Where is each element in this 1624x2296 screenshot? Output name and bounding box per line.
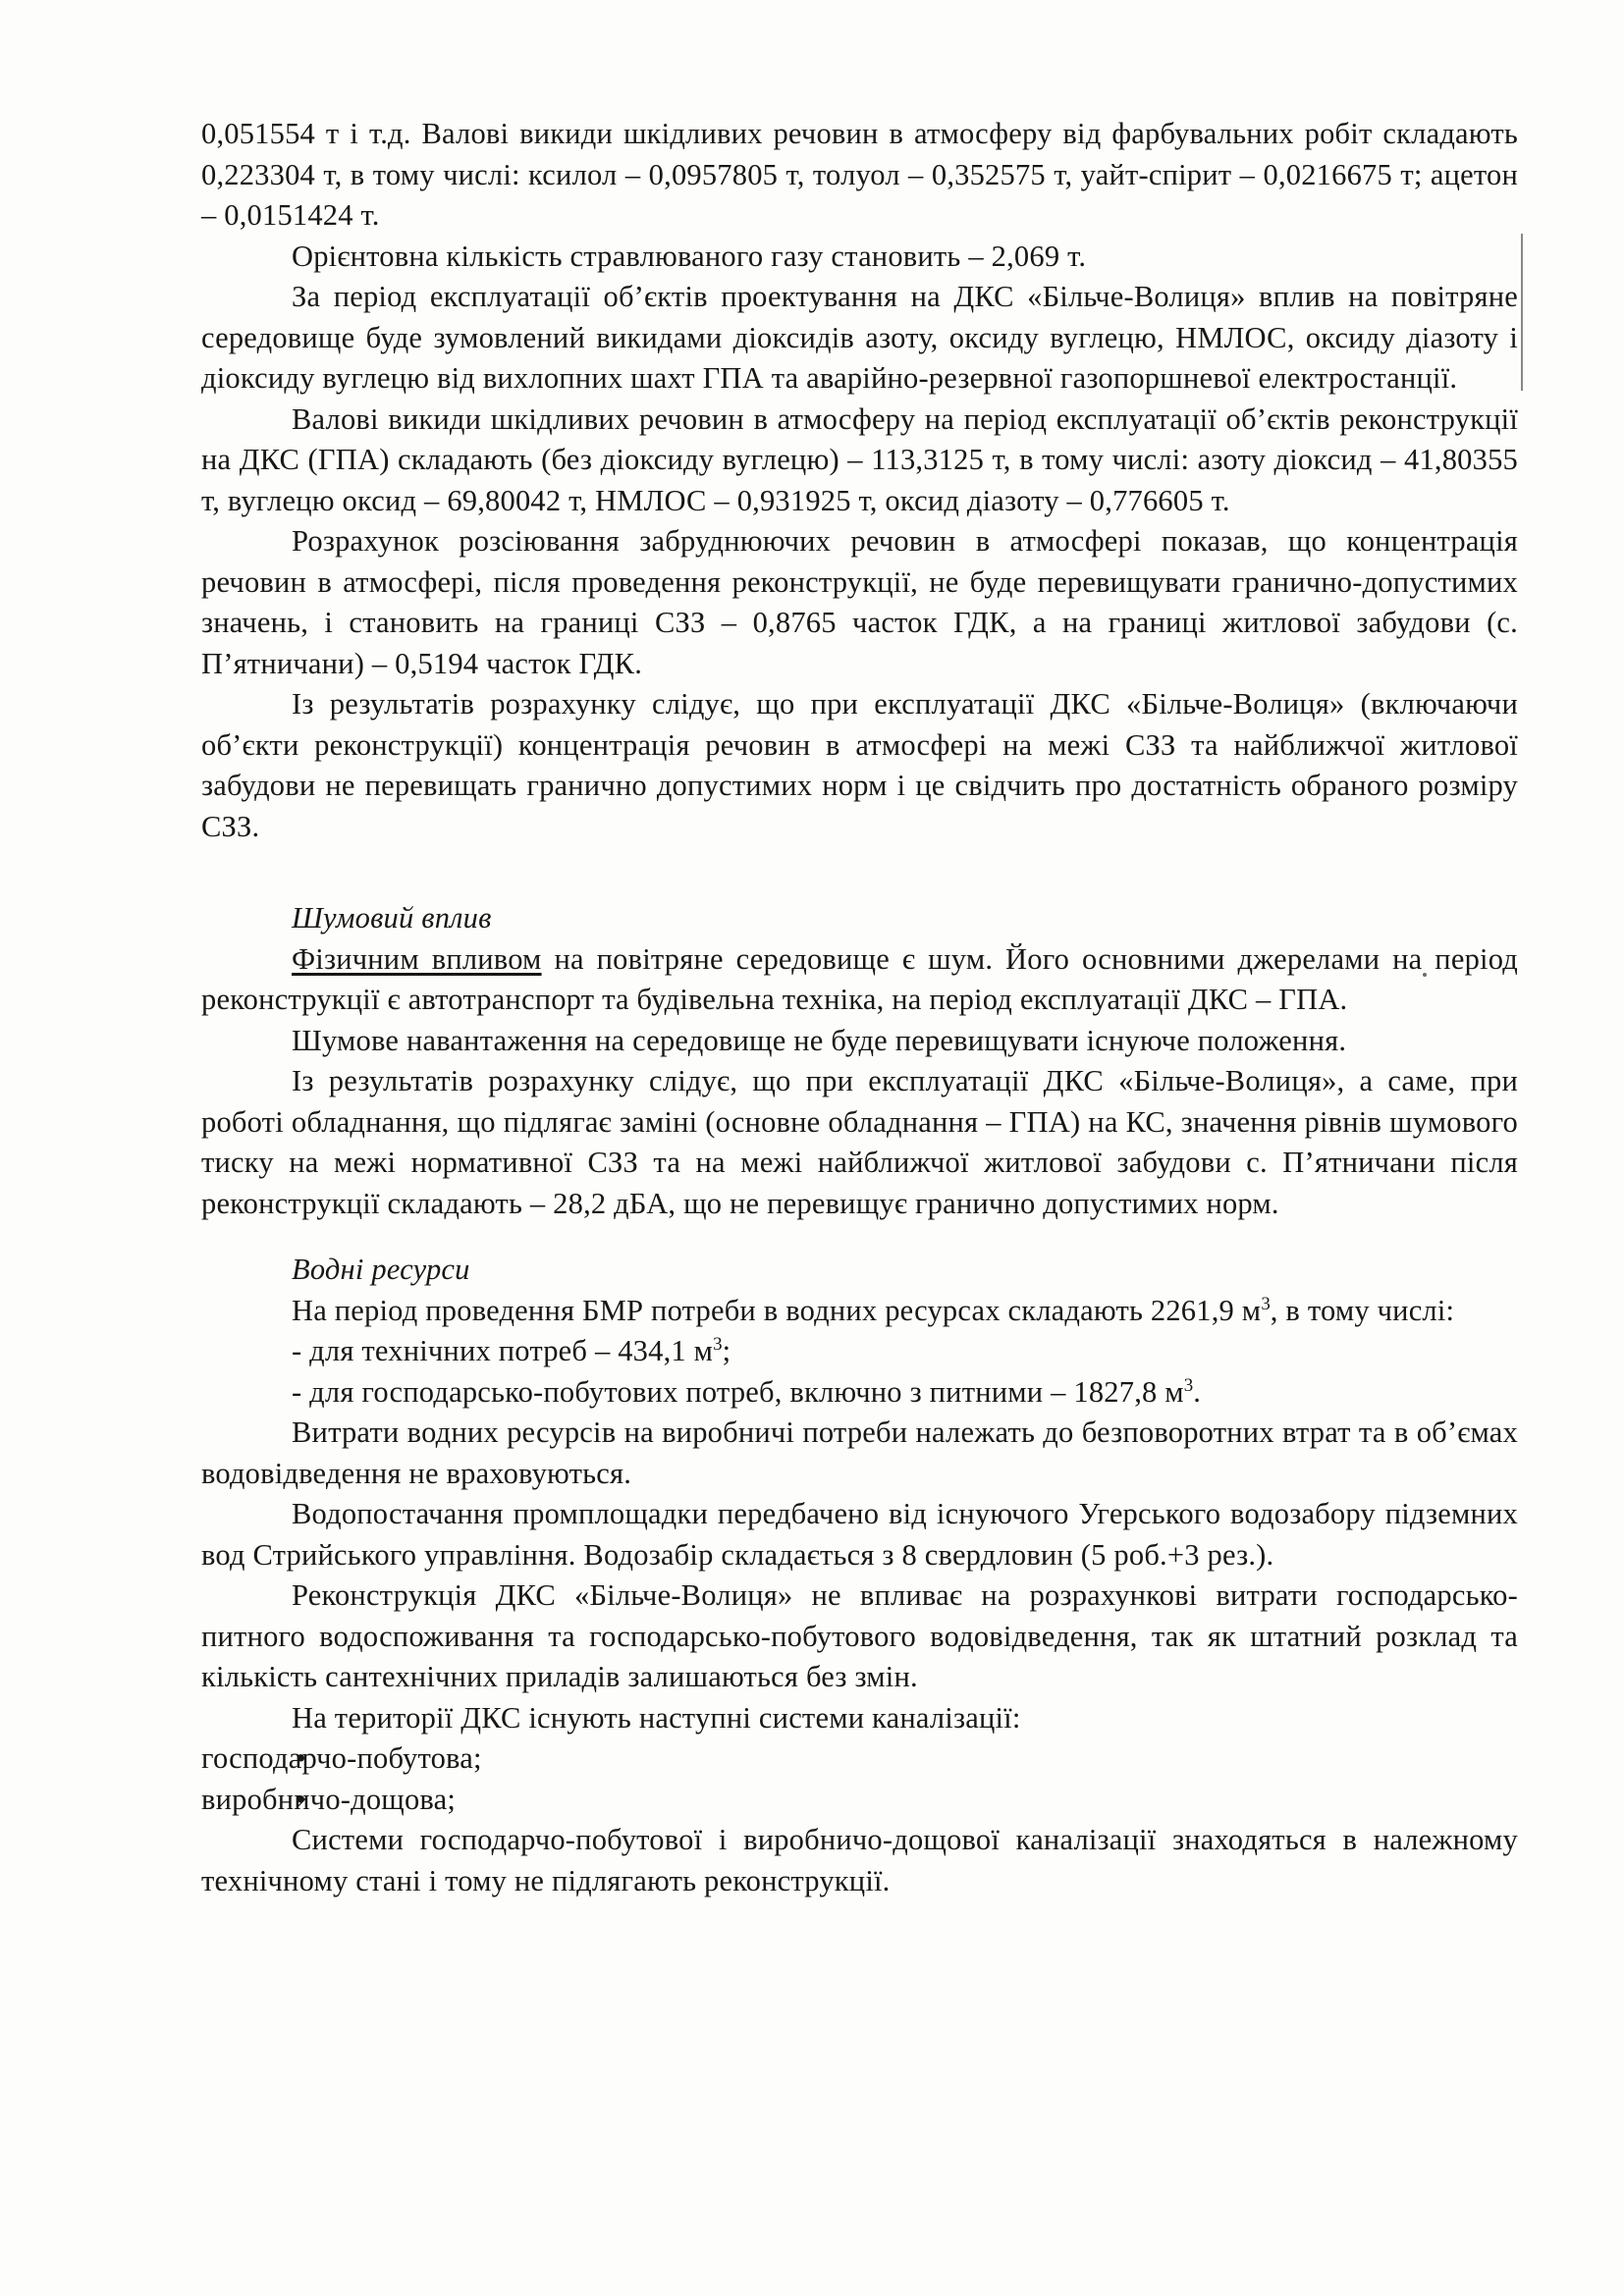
paragraph-noise-results: Із результатів розрахунку слідує, що при… (201, 1061, 1518, 1224)
paragraph-water-supply: Водопостачання промплощадки передбачено … (201, 1494, 1518, 1575)
paragraph-sewer-intro: На території ДКС існують наступні систем… (201, 1698, 1518, 1739)
paragraph-szz-conclusion: Із результатів розрахунку слідує, що при… (201, 684, 1518, 847)
paragraph-water-needs: На період проведення БМР потреби в водни… (201, 1291, 1518, 1332)
text-block: 0,051554 т і т.д. Валові викиди шкідливи… (201, 114, 1518, 1901)
water-needs-text: На період проведення БМР потреби в водни… (292, 1294, 1261, 1327)
paragraph-noise-load: Шумове навантаження на середовище не буд… (201, 1021, 1518, 1062)
paragraph-dispersion-calculation: Розрахунок розсіювання забруднюючих речо… (201, 521, 1518, 684)
list-item-industrial-rain-sewer: •виробничо-дощова; (201, 1780, 1518, 1821)
technical-needs-tail: ; (723, 1334, 731, 1367)
section-heading-water-resources: Водні ресурси (201, 1250, 1518, 1291)
paragraph-gross-emissions: Валові викиди шкідливих речовин в атмосф… (201, 400, 1518, 522)
paragraph-reconstruction-no-change: Реконструкція ДКС «Більче-Волиця» не впл… (201, 1575, 1518, 1698)
cubic-superscript: 3 (1184, 1374, 1193, 1395)
paragraph-sewer-condition: Системи господарчо-побутової і виробничо… (201, 1820, 1518, 1901)
list-item-household-needs: - для господарсько-побутових потреб, вкл… (201, 1372, 1518, 1414)
paragraph-operation-impact: За період експлуатації об’єктів проектув… (201, 277, 1518, 400)
underlined-lead-physical-impact: Фізичним впливом (292, 942, 542, 976)
scan-artifact-dot (1423, 973, 1427, 977)
list-item-household-sewer: •господарчо-побутова; (201, 1738, 1518, 1780)
paragraph-vented-gas: Орієнтовна кількість стравлюваного газу … (201, 237, 1518, 278)
cubic-superscript: 3 (1261, 1293, 1270, 1313)
household-needs-text: - для господарсько-побутових потреб, вкл… (292, 1375, 1184, 1409)
water-needs-tail: , в тому числі: (1271, 1294, 1454, 1327)
paragraph-paint-emissions: 0,051554 т і т.д. Валові викиди шкідливи… (201, 114, 1518, 237)
cubic-superscript: 3 (713, 1334, 722, 1355)
list-item-label: виробничо-дощова; (201, 1783, 456, 1816)
list-item-label: господарчо-побутова; (201, 1741, 482, 1775)
list-item-technical-needs: - для технічних потреб – 434,1 м3; (201, 1331, 1518, 1372)
technical-needs-text: - для технічних потреб – 434,1 м (292, 1334, 713, 1367)
bullet-icon: • (296, 1738, 306, 1780)
document-page: 0,051554 т і т.д. Валові викиди шкідливи… (0, 0, 1624, 2296)
paragraph-physical-impact: Фізичним впливом на повітряне середовище… (201, 939, 1518, 1021)
household-needs-tail: . (1193, 1375, 1201, 1409)
section-heading-noise-impact: Шумовий вплив (201, 898, 1518, 939)
scan-artifact-edge-line (1521, 234, 1523, 391)
paragraph-water-losses: Витрати водних ресурсів на виробничі пот… (201, 1413, 1518, 1494)
bullet-icon: • (296, 1780, 306, 1821)
